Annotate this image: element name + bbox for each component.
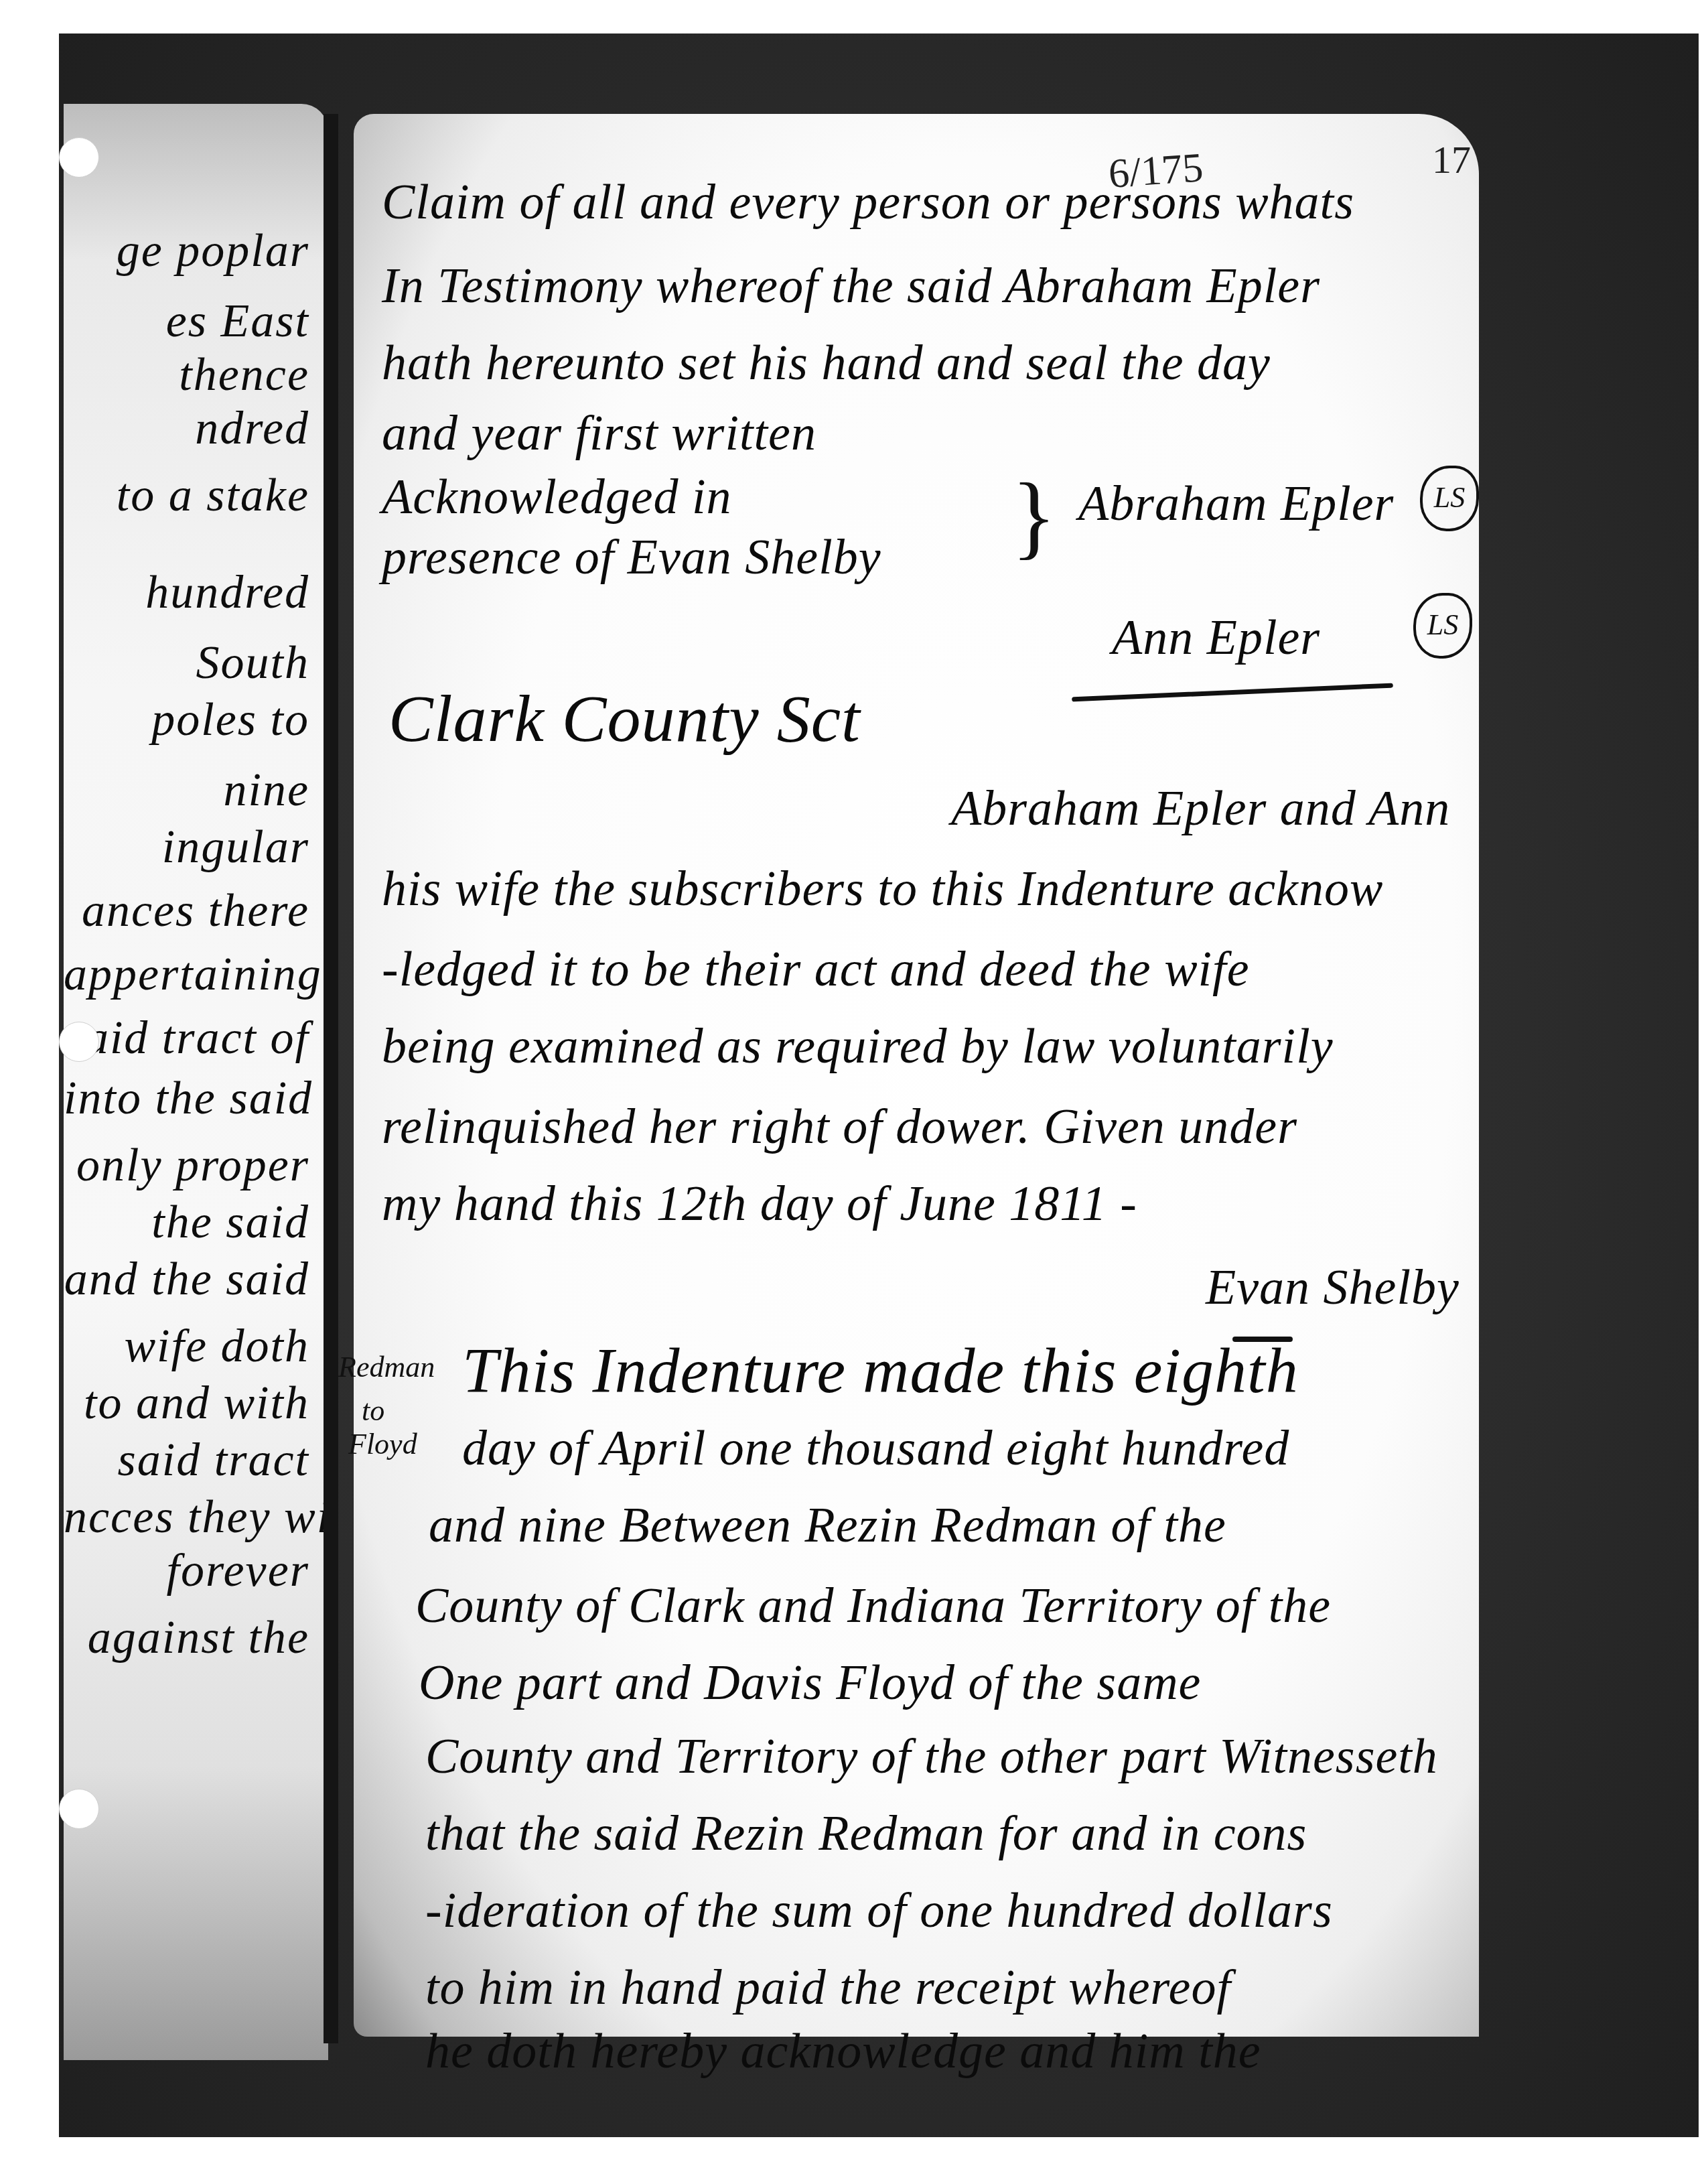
left-line: said tract <box>64 1434 328 1487</box>
left-line: aid tract of <box>64 1012 328 1065</box>
margin-note-grantee: Floyd <box>348 1427 417 1461</box>
deed-line: he doth hereby acknowledge and him the <box>425 2023 1261 2080</box>
left-line: and the said <box>64 1253 328 1306</box>
punch-hole <box>59 137 99 178</box>
left-line: thence <box>64 348 328 402</box>
left-line: appertaining <box>64 948 328 1002</box>
left-line: ances there <box>64 884 328 938</box>
left-line: poles to <box>64 693 328 747</box>
punch-hole <box>59 1022 99 1062</box>
margin-note-grantor: Redman <box>338 1350 435 1384</box>
deed-line: to him in hand paid the receipt whereof <box>425 1960 1231 2017</box>
deed-line: One part and Davis Floyd of the same <box>419 1655 1201 1712</box>
deed-line: hath hereunto set his hand and seal the … <box>382 335 1271 392</box>
left-line: hundred <box>64 566 328 620</box>
deed-line: -ledged it to be their act and deed the … <box>382 941 1250 998</box>
deed-line: my hand this 12th day of June 1811 - <box>382 1176 1137 1233</box>
deed-line: presence of Evan Shelby <box>382 529 881 586</box>
seal-icon: LS <box>1413 593 1472 659</box>
deed-line: Acknowledged in <box>382 469 732 526</box>
deed-line: In Testimony whereof the said Abraham Ep… <box>382 258 1320 315</box>
seal-icon: LS <box>1420 466 1479 531</box>
venue-heading: Clark County Sct <box>388 680 861 757</box>
left-line: against the <box>64 1611 328 1665</box>
left-line: to a stake <box>64 469 328 523</box>
facing-page-strip: ge poplar es East thence ndred to a stak… <box>64 104 328 2060</box>
left-line: ingular <box>64 821 328 874</box>
deed-line: -ideration of the sum of one hundred dol… <box>425 1883 1333 1940</box>
deed-line: that the said Rezin Redman for and in co… <box>425 1806 1307 1862</box>
page-gutter <box>324 114 338 2043</box>
deed-line: and nine Between Rezin Redman of the <box>429 1497 1226 1554</box>
signature-grantor-wife: Ann Epler <box>1112 610 1320 667</box>
left-line: into the said <box>64 1072 328 1126</box>
left-line: ge poplar <box>64 224 328 278</box>
left-line: only proper <box>64 1139 328 1193</box>
signature-grantor: Abraham Epler <box>1078 476 1394 533</box>
indenture-opening: This Indenture made this eighth <box>462 1333 1299 1408</box>
left-line: wife doth <box>64 1320 328 1373</box>
deed-line: County and Territory of the other part W… <box>425 1728 1438 1785</box>
deed-line: day of April one thousand eight hundred <box>462 1420 1289 1477</box>
left-line: ncces they will <box>64 1491 328 1544</box>
punch-hole <box>59 1789 99 1829</box>
deed-line: and year first written <box>382 405 816 462</box>
deed-line: relinquished her right of dower. Given u… <box>382 1099 1297 1156</box>
left-line: es East <box>64 295 328 348</box>
left-line: nine <box>64 764 328 817</box>
margin-note-to: to <box>362 1393 384 1428</box>
deed-line: County of Clark and Indiana Territory of… <box>415 1578 1331 1635</box>
deed-line: Abraham Epler and Ann <box>951 780 1450 837</box>
left-line: forever <box>64 1544 328 1598</box>
left-line: South <box>64 636 328 690</box>
page-number: 17 <box>1432 137 1471 182</box>
deed-line: being examined as required by law volunt… <box>382 1018 1334 1075</box>
left-line: the said <box>64 1196 328 1249</box>
deed-line: his wife the subscribers to this Indentu… <box>382 861 1383 918</box>
signature-brace: } <box>1011 462 1056 570</box>
deed-line: Claim of all and every person or persons… <box>382 174 1354 231</box>
signature-justice: Evan Shelby <box>1206 1260 1460 1316</box>
left-line: to and with <box>64 1377 328 1430</box>
left-line: ndred <box>64 402 328 456</box>
